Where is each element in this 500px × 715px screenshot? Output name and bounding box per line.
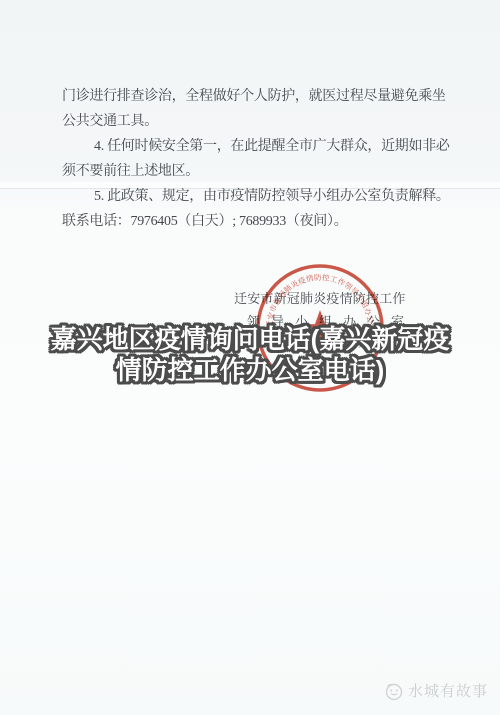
scanned-document-page: 门诊进行排查诊治，全程做好个人防护，就医过程尽量避免乘坐 公共交通工具。 4. … (0, 0, 500, 715)
doc-body-line: 门诊进行排查诊治，全程做好个人防护，就医过程尽量避免乘坐 (62, 89, 446, 105)
doc-body-line: 公共交通工具。 (62, 114, 158, 130)
watermark-face-logo-icon (384, 681, 404, 701)
doc-body-line: 5. 此政策、规定，由市疫情防控领导小组办公室负责解释。 (94, 189, 450, 205)
doc-contact-phone-line: 联系电话：7976405（白天）; 7689933（夜间）。 (62, 214, 347, 230)
overlay-headline-line1: 嘉兴地区疫情询问电话(嘉兴新冠疫 (0, 324, 500, 355)
page-crease-line (0, 182, 500, 189)
watermark-text: 水城有故事 (408, 680, 488, 701)
overlay-headline: 嘉兴地区疫情询问电话(嘉兴新冠疫 情防控工作办公室电话) (0, 324, 500, 386)
watermark: 水城有故事 (384, 680, 488, 701)
overlay-headline-line2: 情防控工作办公室电话) (0, 355, 500, 386)
doc-body-line: 4. 任何时候安全第一，在此提醒全市广大群众，近期如非必 (94, 139, 450, 155)
doc-body-line: 须不要前往上述地区。 (62, 164, 199, 180)
